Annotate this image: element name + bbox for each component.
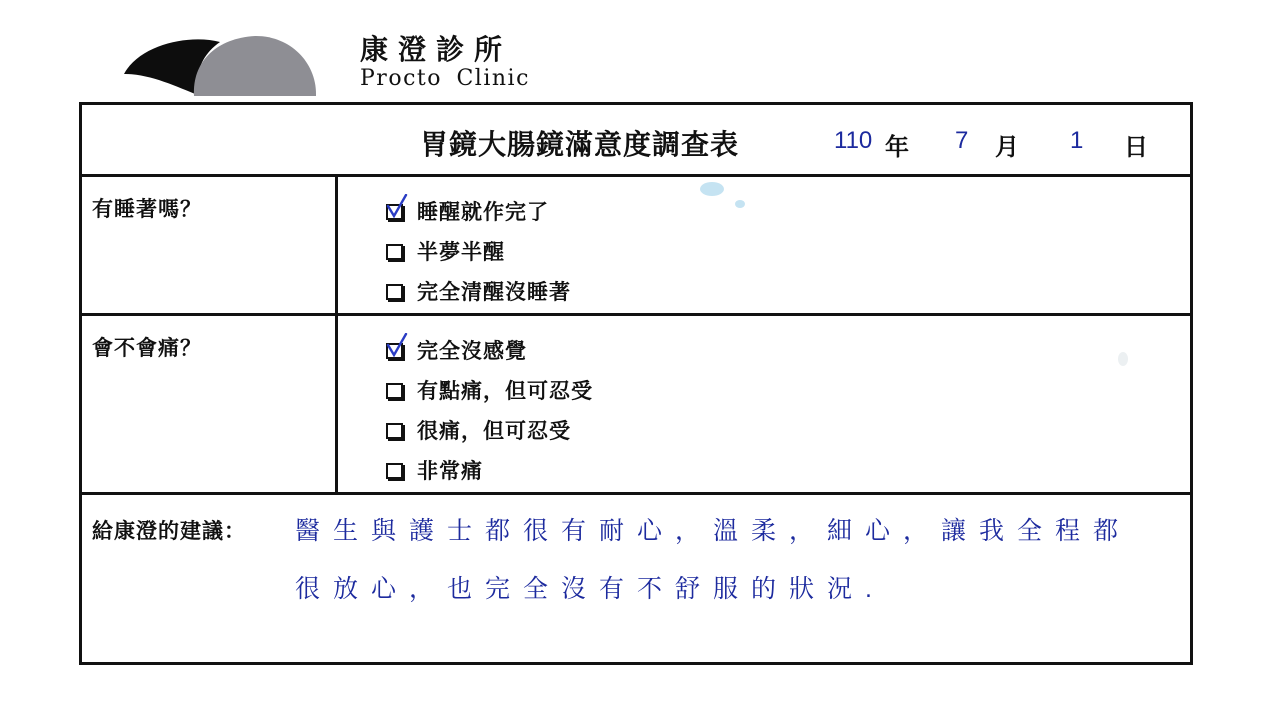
clinic-name-zh: 康澄診所 [360, 34, 530, 66]
date-day-label: 日 [1124, 127, 1148, 162]
checkbox-checked[interactable] [386, 343, 403, 359]
survey-form: 胃鏡大腸鏡滿意度調查表 110 年 7 月 1 日 有睡著嗎？ 睡醒就作完了 半… [79, 102, 1193, 665]
column-divider [335, 177, 338, 313]
question-pain-label: 會不會痛？ [92, 332, 202, 362]
checkbox-unchecked[interactable] [386, 423, 403, 439]
option-label: 很痛，但可忍受 [417, 415, 571, 445]
checkbox-checked[interactable] [386, 204, 403, 220]
suggestion-section: 給康澄的建議： 醫生與護士都很有耐心，溫柔，細心，讓我全程都 很放心，也完全沒有… [82, 495, 1190, 662]
option-slept-through[interactable]: 睡醒就作完了 [386, 191, 571, 231]
option-fully-awake[interactable]: 完全清醒沒睡著 [386, 271, 571, 311]
option-label: 完全清醒沒睡著 [417, 276, 571, 306]
option-extremely-painful[interactable]: 非常痛 [386, 450, 593, 490]
checkbox-unchecked[interactable] [386, 284, 403, 300]
suggestion-text-line-1[interactable]: 醫生與護士都很有耐心，溫柔，細心，讓我全程都 [295, 511, 1131, 547]
suggestion-text-line-2[interactable]: 很放心，也完全沒有不舒服的狀況. [295, 569, 885, 605]
option-label: 完全沒感覺 [417, 335, 527, 365]
checkbox-unchecked[interactable] [386, 383, 403, 399]
form-title-row: 胃鏡大腸鏡滿意度調查表 110 年 7 月 1 日 [82, 105, 1190, 177]
date-year-field[interactable]: 110 [834, 127, 872, 155]
question-sleep-options: 睡醒就作完了 半夢半醒 完全清醒沒睡著 [386, 191, 571, 311]
check-mark-icon [386, 194, 408, 220]
date-month-label: 月 [995, 127, 1019, 162]
checkbox-unchecked[interactable] [386, 244, 403, 260]
check-mark-icon [386, 333, 408, 359]
option-slight-pain[interactable]: 有點痛，但可忍受 [386, 370, 593, 410]
option-very-painful-tolerable[interactable]: 很痛，但可忍受 [386, 410, 593, 450]
checkbox-unchecked[interactable] [386, 463, 403, 479]
option-label: 半夢半醒 [417, 236, 505, 266]
clinic-name: 康澄診所 Procto Clinic [360, 34, 530, 92]
suggestion-label: 給康澄的建議： [92, 515, 246, 545]
option-no-feeling[interactable]: 完全沒感覺 [386, 330, 593, 370]
option-half-asleep[interactable]: 半夢半醒 [386, 231, 571, 271]
option-label: 睡醒就作完了 [417, 196, 549, 226]
form-title: 胃鏡大腸鏡滿意度調查表 [420, 123, 739, 163]
date-day-field[interactable]: 1 [1070, 127, 1083, 155]
clinic-name-en: Procto Clinic [360, 66, 530, 92]
question-pain-options: 完全沒感覺 有點痛，但可忍受 很痛，但可忍受 非常痛 [386, 330, 593, 490]
question-sleep-row: 有睡著嗎？ 睡醒就作完了 半夢半醒 完全清醒沒睡著 [82, 177, 1190, 316]
clinic-logo [120, 32, 320, 98]
question-pain-row: 會不會痛？ 完全沒感覺 有點痛，但可忍受 很痛，但可忍受 非常痛 [82, 316, 1190, 495]
option-label: 非常痛 [417, 455, 483, 485]
option-label: 有點痛，但可忍受 [417, 375, 593, 405]
question-sleep-label: 有睡著嗎？ [92, 193, 202, 223]
date-month-field[interactable]: 7 [955, 127, 968, 155]
column-divider [335, 316, 338, 492]
date-year-label: 年 [885, 127, 909, 162]
